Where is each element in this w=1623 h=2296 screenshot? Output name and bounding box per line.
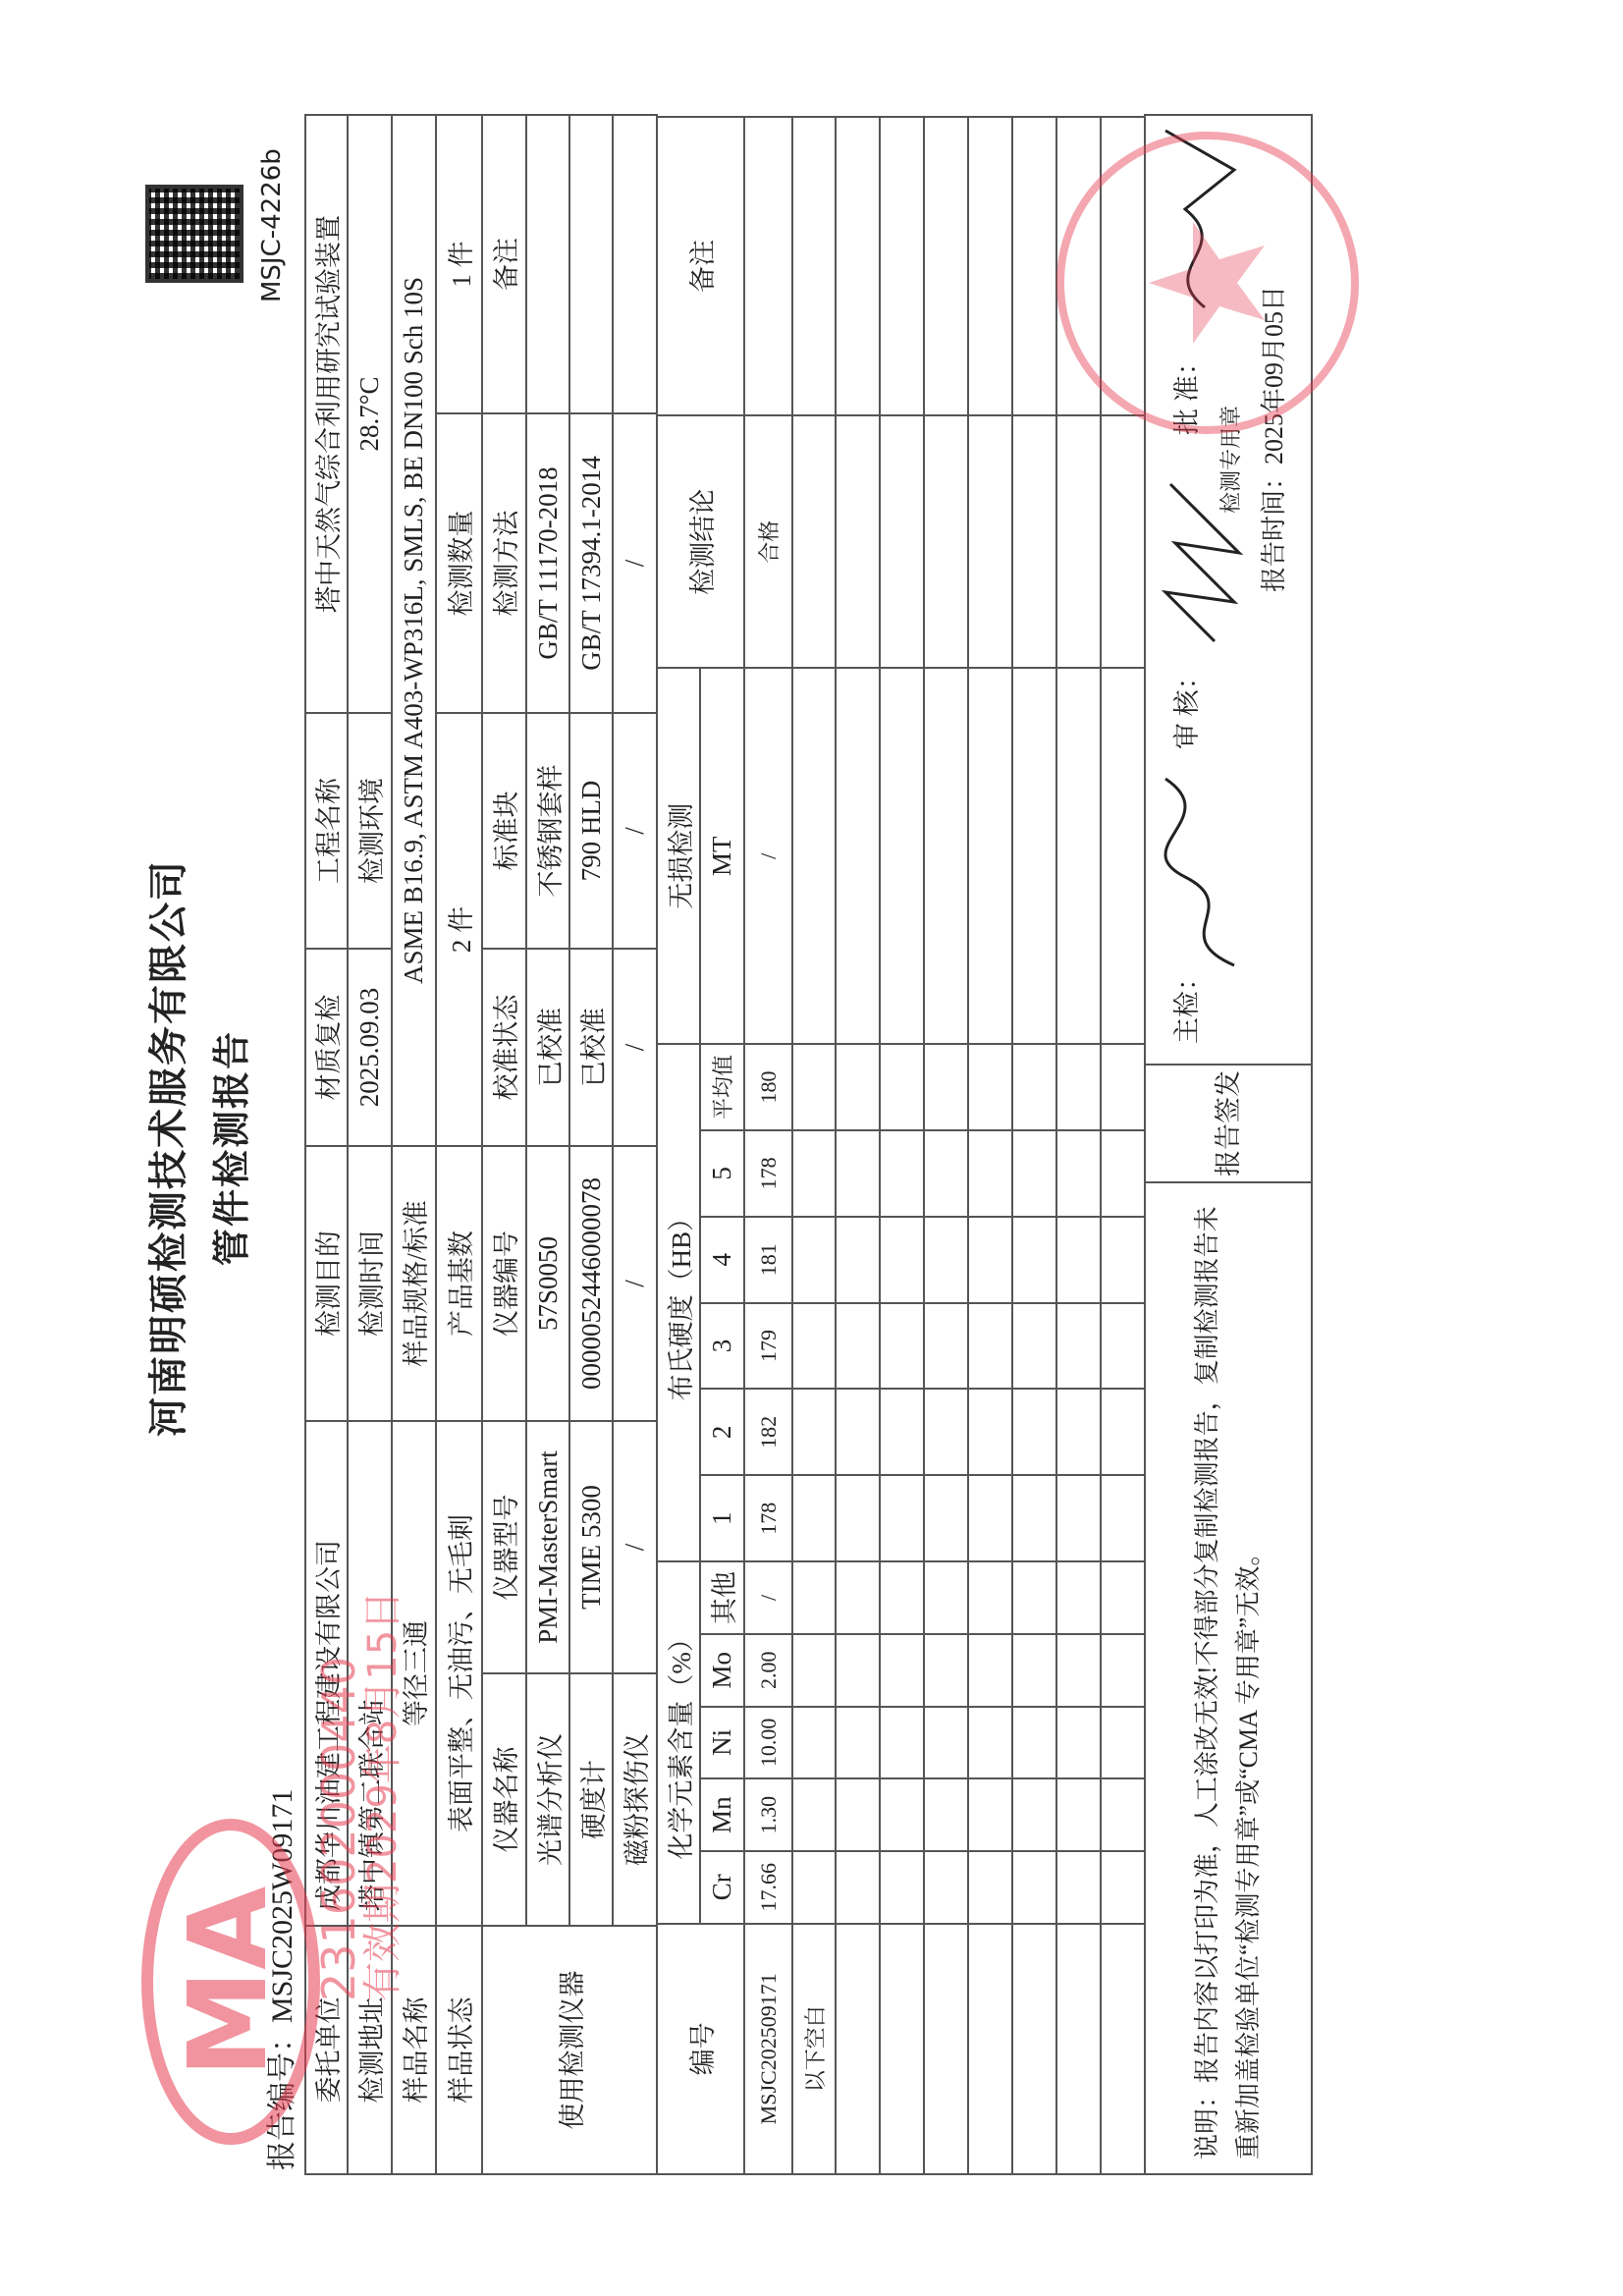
blank-note-row: 以下空白 — [792, 117, 836, 2174]
time-value: 2025.09.03 — [348, 949, 392, 1146]
sample-name-label: 样品名称 — [392, 1926, 436, 2174]
base-label: 产品基数 — [436, 1146, 482, 1421]
reviewer-signature-icon — [1146, 455, 1254, 651]
instrument-cell: / — [613, 1146, 657, 1421]
instrument-header: 备注 — [482, 115, 526, 413]
hardness-col: 2 — [700, 1389, 744, 1475]
hardness-value: 180 — [744, 1044, 792, 1130]
instrument-cell: GB/T 17394.1-2014 — [569, 413, 613, 713]
approver-signature-icon — [1146, 121, 1254, 317]
hardness-value: 178 — [744, 1130, 792, 1217]
remark-header: 备注 — [657, 117, 744, 415]
approver-label: 批 准： — [1165, 349, 1204, 435]
instrument-cell: 790 HLD — [569, 713, 613, 949]
notes-line-1: 说明：报告内容以打印为准，人工涂改无效!不得部分复制检测报告，复制检测报告未 — [1187, 1187, 1228, 2159]
chem-value: 2.00 — [744, 1634, 792, 1707]
instrument-row: 硬度计 TIME 5300 0000052446000078 已校准 790 H… — [569, 115, 613, 2174]
report-date-value: 2025年09月05日 — [1260, 286, 1288, 465]
instrument-cell: / — [613, 949, 657, 1146]
blank-note: 以下空白 — [792, 1924, 836, 2174]
project-label: 工程名称 — [305, 713, 348, 949]
project-value: 塔中天然气综合利用研究试验装置 — [305, 115, 348, 713]
inspector-label: 主检： — [1165, 964, 1204, 1044]
id-header: 编号 — [657, 1924, 744, 2174]
conclusion-value: 合格 — [744, 415, 792, 668]
instrument-cell: / — [613, 1421, 657, 1673]
instrument-cell: 已校准 — [526, 949, 569, 1146]
instrument-cell: / — [613, 713, 657, 949]
instrument-header: 检测方法 — [482, 413, 526, 713]
empty-row — [880, 117, 924, 2174]
empty-row — [924, 117, 968, 2174]
row-client: 委托单位 成都华川油建工程建设有限公司 检测目的 材质复检 工程名称 塔中天然气… — [305, 115, 348, 2174]
empty-row — [836, 117, 880, 2174]
address-value: 塔中镇第二联合站 — [348, 1421, 392, 1926]
instrument-cell: / — [613, 413, 657, 713]
instrument-cell: 0000052446000078 — [569, 1146, 613, 1421]
row-sample: 样品名称 等径三通 样品规格/标准 ASME B16.9, ASTM A403-… — [392, 115, 436, 2174]
chem-col: Mo — [700, 1634, 744, 1707]
company-name: 河南明硕检测技术服务有限公司 — [137, 0, 193, 2296]
instrument-cell: PMI-MasterSmart — [526, 1421, 569, 1673]
instrument-cell: TIME 5300 — [569, 1421, 613, 1673]
notes: 说明：报告内容以打印为准，人工涂改无效!不得部分复制检测报告，复制检测报告未 重… — [1145, 1182, 1312, 2174]
instrument-header: 标准块 — [482, 713, 526, 949]
empty-row — [1012, 117, 1056, 2174]
row-state: 样品状态 表面平整、无油污、无毛刺 产品基数 2 件 检测数量 1 件 — [436, 115, 482, 2174]
report-number: 报告编号：MSJC2025W09171 — [257, 1789, 300, 2170]
spec-label: 样品规格/标准 — [392, 1146, 436, 1421]
instrument-cell — [613, 115, 657, 413]
qty-value: 1 件 — [436, 115, 482, 413]
instrument-header: 仪器名称 — [482, 1673, 526, 1926]
chem-value: / — [744, 1561, 792, 1634]
report-title: 管件检测报告 — [201, 0, 255, 2296]
results-header-row: 编号 化学元素含量（%） 布氏硬度（HB） 无损检测 检测结论 备注 — [657, 117, 700, 2174]
remark-value — [744, 117, 792, 415]
chem-col: Mn — [700, 1778, 744, 1851]
instrument-cell: 不锈钢套样 — [526, 713, 569, 949]
notes-line-2: 重新加盖检验单位“检测专用章”或“CMA 专用章”无效。 — [1228, 1187, 1270, 2159]
qr-code-icon — [145, 185, 243, 283]
hardness-value: 181 — [744, 1217, 792, 1303]
hardness-col: 5 — [700, 1130, 744, 1217]
chem-value: 1.30 — [744, 1778, 792, 1851]
report-table: 委托单位 成都华川油建工程建设有限公司 检测目的 材质复检 工程名称 塔中天然气… — [304, 114, 658, 2175]
instrument-cell: GB/T 11170-2018 — [526, 413, 569, 713]
instruments-section-label: 使用检测仪器 — [482, 1926, 657, 2174]
state-value: 表面平整、无油污、无毛刺 — [436, 1421, 482, 1926]
instrument-cell: 57S0050 — [526, 1146, 569, 1421]
hardness-value: 179 — [744, 1303, 792, 1390]
hardness-value: 178 — [744, 1475, 792, 1561]
instrument-cell: 光谱分析仪 — [526, 1673, 569, 1926]
report-number-label: 报告编号： — [266, 2023, 298, 2170]
hardness-col: 3 — [700, 1303, 744, 1390]
instrument-cell: 已校准 — [569, 949, 613, 1146]
hardness-value: 182 — [744, 1389, 792, 1475]
chem-value: 17.66 — [744, 1851, 792, 1924]
ndt-header: 无损检测 — [657, 668, 700, 1044]
chem-col: 其他 — [700, 1561, 744, 1634]
chem-value: 10.00 — [744, 1707, 792, 1779]
instrument-cell — [526, 115, 569, 413]
instrument-cell — [569, 115, 613, 413]
instrument-row: 磁粉探伤仪 / / / / / — [613, 115, 657, 2174]
inspector-signature-icon — [1146, 759, 1254, 975]
report-date: 报告时间：2025年09月05日 — [1254, 286, 1290, 592]
instrument-cell: 磁粉探伤仪 — [613, 1673, 657, 1926]
purpose-value: 材质复检 — [305, 949, 348, 1146]
results-table: 编号 化学元素含量（%） 布氏硬度（HB） 无损检测 检测结论 备注 Cr Mn… — [656, 116, 1146, 2175]
signature-row: 说明：报告内容以打印为准，人工涂改无效!不得部分复制检测报告，复制检测报告未 重… — [1145, 115, 1231, 2174]
address-label: 检测地址 — [348, 1926, 392, 2174]
report-number-value: MSJC2025W09171 — [266, 1789, 298, 2023]
reviewer-label: 审 核： — [1165, 663, 1204, 749]
instrument-header: 仪器型号 — [482, 1421, 526, 1673]
empty-row — [1101, 117, 1145, 2174]
client-label: 委托单位 — [305, 1926, 348, 2174]
report-page-landscape: 河南明硕检测技术服务有限公司 管件检测报告 报告编号：MSJC2025W0917… — [0, 0, 1623, 2296]
instrument-cell: 硬度计 — [569, 1673, 613, 1926]
conclusion-header: 检测结论 — [657, 415, 744, 668]
env-value: 28.7°C — [348, 115, 392, 713]
ndt-col: MT — [700, 668, 744, 1044]
hardness-header: 布氏硬度（HB） — [657, 1044, 700, 1561]
chem-header: 化学元素含量（%） — [657, 1561, 700, 1924]
instrument-header: 校准状态 — [482, 949, 526, 1146]
result-row: MSJC202509171 17.66 1.30 10.00 2.00 / 17… — [744, 117, 792, 2174]
report-date-label: 报告时间： — [1260, 465, 1288, 592]
empty-row — [1056, 117, 1101, 2174]
spec-value: ASME B16.9, ASTM A403-WP316L, SMLS, BE D… — [392, 115, 436, 1146]
sample-id: MSJC202509171 — [744, 1924, 792, 2174]
footer-table: 说明：报告内容以打印为准，人工涂改无效!不得部分复制检测报告，复制检测报告未 重… — [1144, 114, 1313, 2175]
signature-cell: 主检： 审 核： 批 准： 检测专用章 报告时间：2025年09月05日 — [1145, 115, 1312, 1065]
chem-col: Cr — [700, 1851, 744, 1924]
sample-name-value: 等径三通 — [392, 1421, 436, 1926]
empty-row — [968, 117, 1012, 2174]
instrument-row: 光谱分析仪 PMI-MasterSmart 57S0050 已校准 不锈钢套样 … — [526, 115, 569, 2174]
hardness-col: 平均值 — [700, 1044, 744, 1130]
hardness-col: 4 — [700, 1217, 744, 1303]
purpose-label: 检测目的 — [305, 1146, 348, 1421]
state-label: 样品状态 — [436, 1926, 482, 2174]
qty-label: 检测数量 — [436, 413, 482, 713]
client-value: 成都华川油建工程建设有限公司 — [305, 1421, 348, 1926]
issue-label: 报告签发 — [1145, 1065, 1312, 1182]
instrument-header-row: 使用检测仪器 仪器名称 仪器型号 仪器编号 校准状态 标准块 检测方法 备注 — [482, 115, 526, 2174]
row-address: 检测地址 塔中镇第二联合站 检测时间 2025.09.03 检测环境 28.7°… — [348, 115, 392, 2174]
form-code: MSJC-4226b — [257, 148, 287, 302]
ndt-value: / — [744, 668, 792, 1044]
chem-col: Ni — [700, 1707, 744, 1779]
hardness-col: 1 — [700, 1475, 744, 1561]
time-label: 检测时间 — [348, 1146, 392, 1421]
instrument-header: 仪器编号 — [482, 1146, 526, 1421]
env-label: 检测环境 — [348, 713, 392, 949]
base-value: 2 件 — [436, 713, 482, 1146]
